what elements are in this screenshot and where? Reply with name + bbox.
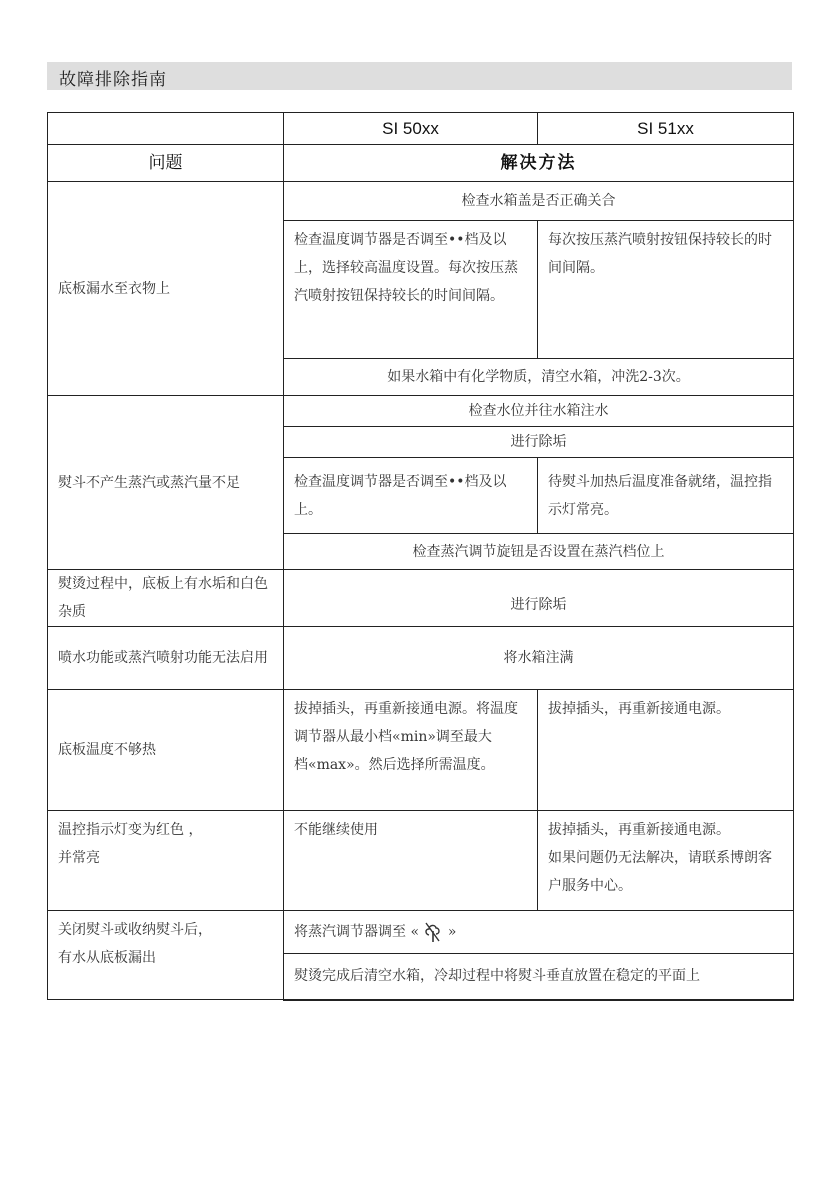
- solution-cell-si51: 每次按压蒸汽喷射按钮保持较长的时间间隔。: [538, 221, 794, 359]
- problem-cell: 熨斗不产生蒸汽或蒸汽量不足: [48, 396, 284, 570]
- solution-cell-both: 检查水箱盖是否正确关合: [284, 182, 794, 221]
- solution-cell-both: 进行除垢: [284, 570, 794, 627]
- troubleshooting-table: SI 50xx SI 51xx 问题 解决方法 底板漏水至衣物上 检查水箱盖是否…: [47, 112, 794, 1001]
- section-title-bar: 故障排除指南: [47, 62, 792, 90]
- table-row: 底板漏水至衣物上 检查水箱盖是否正确关合: [48, 182, 794, 221]
- solution-cell-both: 进行除垢: [284, 427, 794, 458]
- problem-cell: 温控指示灯变为红色 ， 并常亮: [48, 811, 284, 911]
- section-title: 故障排除指南: [59, 65, 167, 90]
- table-row: 熨斗不产生蒸汽或蒸汽量不足 检查水位并往水箱注水: [48, 396, 794, 427]
- solution-suffix: »: [448, 924, 457, 940]
- solution-cell-both: 检查蒸汽调节旋钮是否设置在蒸汽档位上: [284, 534, 794, 570]
- solution-line-1: 拔掉插头，再重新接通电源。: [548, 816, 783, 844]
- problem-cell: 喷水功能或蒸汽喷射功能无法启用: [48, 627, 284, 690]
- header-row: 问题 解决方法: [48, 145, 794, 182]
- problem-cell: 熨烫过程中，底板上有水垢和白色杂质: [48, 570, 284, 627]
- table-row: 熨烫过程中，底板上有水垢和白色杂质 进行除垢: [48, 570, 794, 627]
- steam-off-icon: [423, 921, 443, 943]
- model-si51xx: SI 51xx: [538, 113, 794, 145]
- solution-cell-both: 熨烫完成后清空水箱，冷却过程中将熨斗垂直放置在稳定的平面上: [284, 954, 794, 1000]
- problem-line-1: 温控指示灯变为红色 ，: [58, 816, 273, 844]
- solution-cell-si51: 待熨斗加热后温度准备就绪，温控指示灯常亮。: [538, 458, 794, 534]
- solution-cell-both: 检查水位并往水箱注水: [284, 396, 794, 427]
- problem-cell: 底板温度不够热: [48, 690, 284, 811]
- empty-corner-cell: [48, 113, 284, 145]
- problem-cell: 关闭熨斗或收纳熨斗后， 有水从底板漏出: [48, 911, 284, 1000]
- solution-cell-si50: 检查温度调节器是否调至••档及以上。: [284, 458, 538, 534]
- solution-header: 解决方法: [284, 145, 794, 182]
- solution-cell-both: 将水箱注满: [284, 627, 794, 690]
- table-row: 关闭熨斗或收纳熨斗后， 有水从底板漏出 将蒸汽调节器调至 « »: [48, 911, 794, 954]
- solution-cell-si51: 拔掉插头，再重新接通电源。 如果问题仍无法解决，请联系博朗客户服务中心。: [538, 811, 794, 911]
- problem-line-1: 关闭熨斗或收纳熨斗后，: [58, 916, 273, 944]
- solution-cell-both: 将蒸汽调节器调至 « »: [284, 911, 794, 954]
- solution-cell-both: 如果水箱中有化学物质，清空水箱，冲洗2-3次。: [284, 359, 794, 396]
- table-row: 底板温度不够热 拔掉插头，再重新接通电源。将温度调节器从最小档«min»调至最大…: [48, 690, 794, 811]
- problem-header: 问题: [48, 145, 284, 182]
- solution-cell-si50: 检查温度调节器是否调至••档及以上，选择较高温度设置。每次按压蒸汽喷射按钮保持较…: [284, 221, 538, 359]
- problem-line-2: 有水从底板漏出: [58, 944, 273, 972]
- solution-prefix: 将蒸汽调节器调至 «: [294, 924, 419, 940]
- solution-line-2: 如果问题仍无法解决，请联系博朗客户服务中心。: [548, 844, 783, 900]
- model-row: SI 50xx SI 51xx: [48, 113, 794, 145]
- solution-cell-si50: 不能继续使用: [284, 811, 538, 911]
- table-row: 喷水功能或蒸汽喷射功能无法启用 将水箱注满: [48, 627, 794, 690]
- problem-cell: 底板漏水至衣物上: [48, 182, 284, 396]
- table-row: 温控指示灯变为红色 ， 并常亮 不能继续使用 拔掉插头，再重新接通电源。 如果问…: [48, 811, 794, 911]
- solution-cell-si50: 拔掉插头，再重新接通电源。将温度调节器从最小档«min»调至最大档«max»。然…: [284, 690, 538, 811]
- solution-cell-si51: 拔掉插头，再重新接通电源。: [538, 690, 794, 811]
- model-si50xx: SI 50xx: [284, 113, 538, 145]
- problem-line-2: 并常亮: [58, 844, 273, 872]
